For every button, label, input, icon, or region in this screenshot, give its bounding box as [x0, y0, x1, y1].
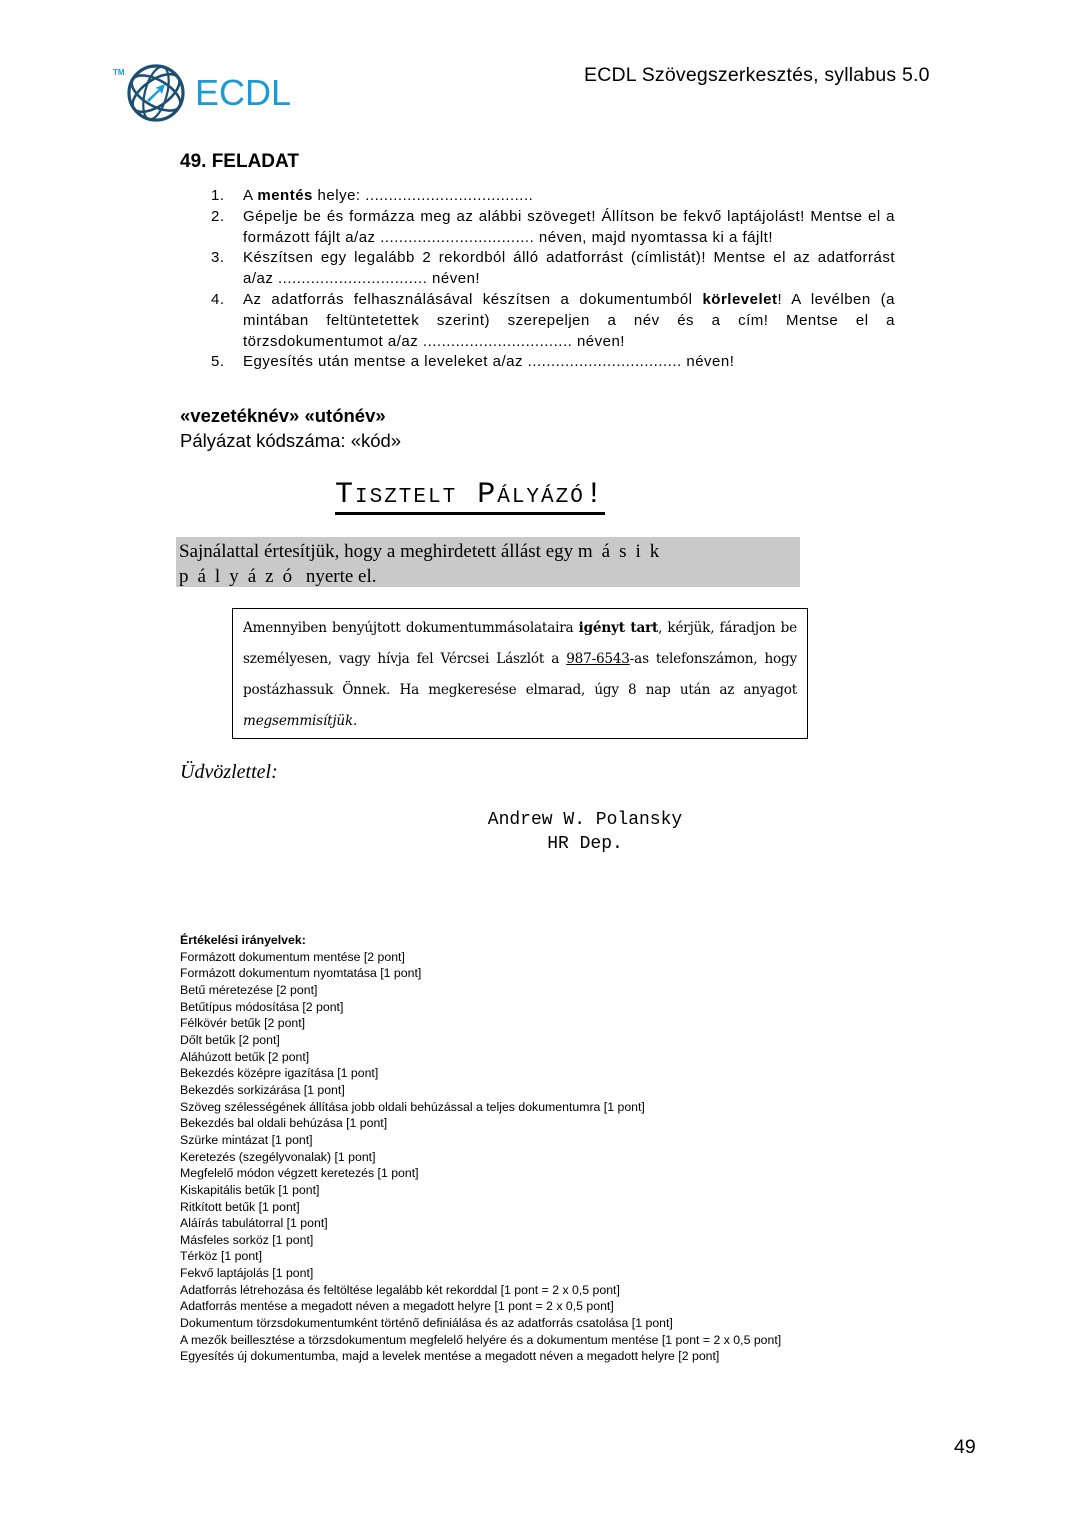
merge-field-name: «vezetéknév» «utónév»: [180, 405, 386, 427]
task-number: 4.: [180, 290, 243, 352]
trademark-mark: TM: [113, 68, 125, 77]
box-text: .: [353, 713, 357, 729]
merge-field-code: Pályázat kódszáma: «kód»: [180, 430, 401, 452]
task-text: Készítsen egy legalább 2 rekordból álló …: [243, 248, 895, 290]
box-italic-text: megsemmisítjük: [243, 713, 353, 729]
page-number: 49: [954, 1436, 976, 1459]
header-title: ECDL Szövegszerkesztés, syllabus 5.0: [584, 64, 930, 87]
evaluation-item: Szürke mintázat [1 pont]: [180, 1132, 781, 1149]
logo-text: ECDL: [195, 72, 291, 114]
evaluation-item: Keretezés (szegélyvonalak) [1 pont]: [180, 1149, 781, 1166]
evaluation-item: Betű méretezése [2 pont]: [180, 982, 781, 999]
task-item: 5.Egyesítés után mentse a leveleket a/az…: [180, 352, 895, 373]
evaluation-item: Bekezdés középre igazítása [1 pont]: [180, 1065, 781, 1082]
signature-department: HR Dep.: [400, 832, 770, 856]
task-list: 1.A mentés helye: ......................…: [180, 186, 895, 373]
evaluation-item: Bekezdés bal oldali behúzása [1 pont]: [180, 1115, 781, 1132]
shaded-text: nyerte el.: [301, 566, 376, 587]
letter-greeting: Tisztelt Pályázó!: [335, 478, 605, 515]
box-bold-text: igényt tart: [579, 620, 659, 636]
signature-block: Andrew W. Polansky HR Dep.: [400, 808, 770, 856]
task-item: 4.Az adatforrás felhasználásával készíts…: [180, 290, 895, 352]
evaluation-item: Bekezdés sorkizárása [1 pont]: [180, 1082, 781, 1099]
evaluation-item: Másfeles sorköz [1 pont]: [180, 1232, 781, 1249]
globe-arrow-icon: [125, 62, 187, 124]
task-text: A mentés helye: ........................…: [243, 186, 895, 207]
signature-name: Andrew W. Polansky: [400, 808, 770, 832]
task-text: Egyesítés után mentse a leveleket a/az .…: [243, 352, 895, 373]
evaluation-item: Megfelelő módon végzett keretezés [1 pon…: [180, 1165, 781, 1182]
spaced-text: másik: [578, 541, 668, 562]
task-title: 49. FELADAT: [180, 151, 299, 173]
task-number: 3.: [180, 248, 243, 290]
evaluation-item: Aláhúzott betűk [2 pont]: [180, 1049, 781, 1066]
evaluation-item: Betűtípus módosítása [2 pont]: [180, 999, 781, 1016]
evaluation-guidelines: Értékelési irányelvek: Formázott dokumen…: [180, 932, 781, 1365]
evaluation-item: Dőlt betűk [2 pont]: [180, 1032, 781, 1049]
evaluation-item: Félkövér betűk [2 pont]: [180, 1015, 781, 1032]
evaluation-item: Formázott dokumentum mentése [2 pont]: [180, 949, 781, 966]
task-item: 2.Gépelje be és formázza meg az alábbi s…: [180, 207, 895, 249]
task-number: 5.: [180, 352, 243, 373]
shaded-paragraph: Sajnálattal értesítjük, hogy a meghirdet…: [176, 537, 800, 587]
task-item: 3.Készítsen egy legalább 2 rekordból áll…: [180, 248, 895, 290]
evaluation-heading: Értékelési irányelvek:: [180, 932, 781, 949]
evaluation-item: Formázott dokumentum nyomtatása [1 pont]: [180, 965, 781, 982]
task-number: 1.: [180, 186, 243, 207]
bordered-paragraph: Amennyiben benyújtott dokumentummásolata…: [232, 608, 808, 739]
evaluation-item: A mezők beillesztése a törzsdokumentum m…: [180, 1332, 781, 1349]
evaluation-item: Dokumentum törzsdokumentumként történő d…: [180, 1315, 781, 1332]
shaded-text: Sajnálattal értesítjük, hogy a meghirdet…: [179, 541, 578, 562]
evaluation-item: Kiskapitális betűk [1 pont]: [180, 1182, 781, 1199]
spaced-text: pályázó: [179, 566, 301, 587]
phone-number: 987-6543: [566, 651, 630, 667]
evaluation-item: Térköz [1 pont]: [180, 1248, 781, 1265]
task-number: 2.: [180, 207, 243, 249]
task-text: Az adatforrás felhasználásával készítsen…: [243, 290, 895, 352]
evaluation-item: Szöveg szélességének állítása jobb oldal…: [180, 1099, 781, 1116]
evaluation-item: Aláírás tabulátorral [1 pont]: [180, 1215, 781, 1232]
evaluation-item: Ritkított betűk [1 pont]: [180, 1199, 781, 1216]
evaluation-item: Egyesítés új dokumentumba, majd a levele…: [180, 1348, 781, 1365]
evaluation-item: Fekvő laptájolás [1 pont]: [180, 1265, 781, 1282]
box-text: Amennyiben benyújtott dokumentummásolata…: [243, 620, 579, 636]
letter-closing: Üdvözlettel:: [180, 761, 278, 784]
task-item: 1.A mentés helye: ......................…: [180, 186, 895, 207]
evaluation-item: Adatforrás mentése a megadott néven a me…: [180, 1298, 781, 1315]
evaluation-item: Adatforrás létrehozása és feltöltése leg…: [180, 1282, 781, 1299]
ecdl-logo: TM ECDL: [113, 62, 293, 124]
task-text: Gépelje be és formázza meg az alábbi szö…: [243, 207, 895, 249]
